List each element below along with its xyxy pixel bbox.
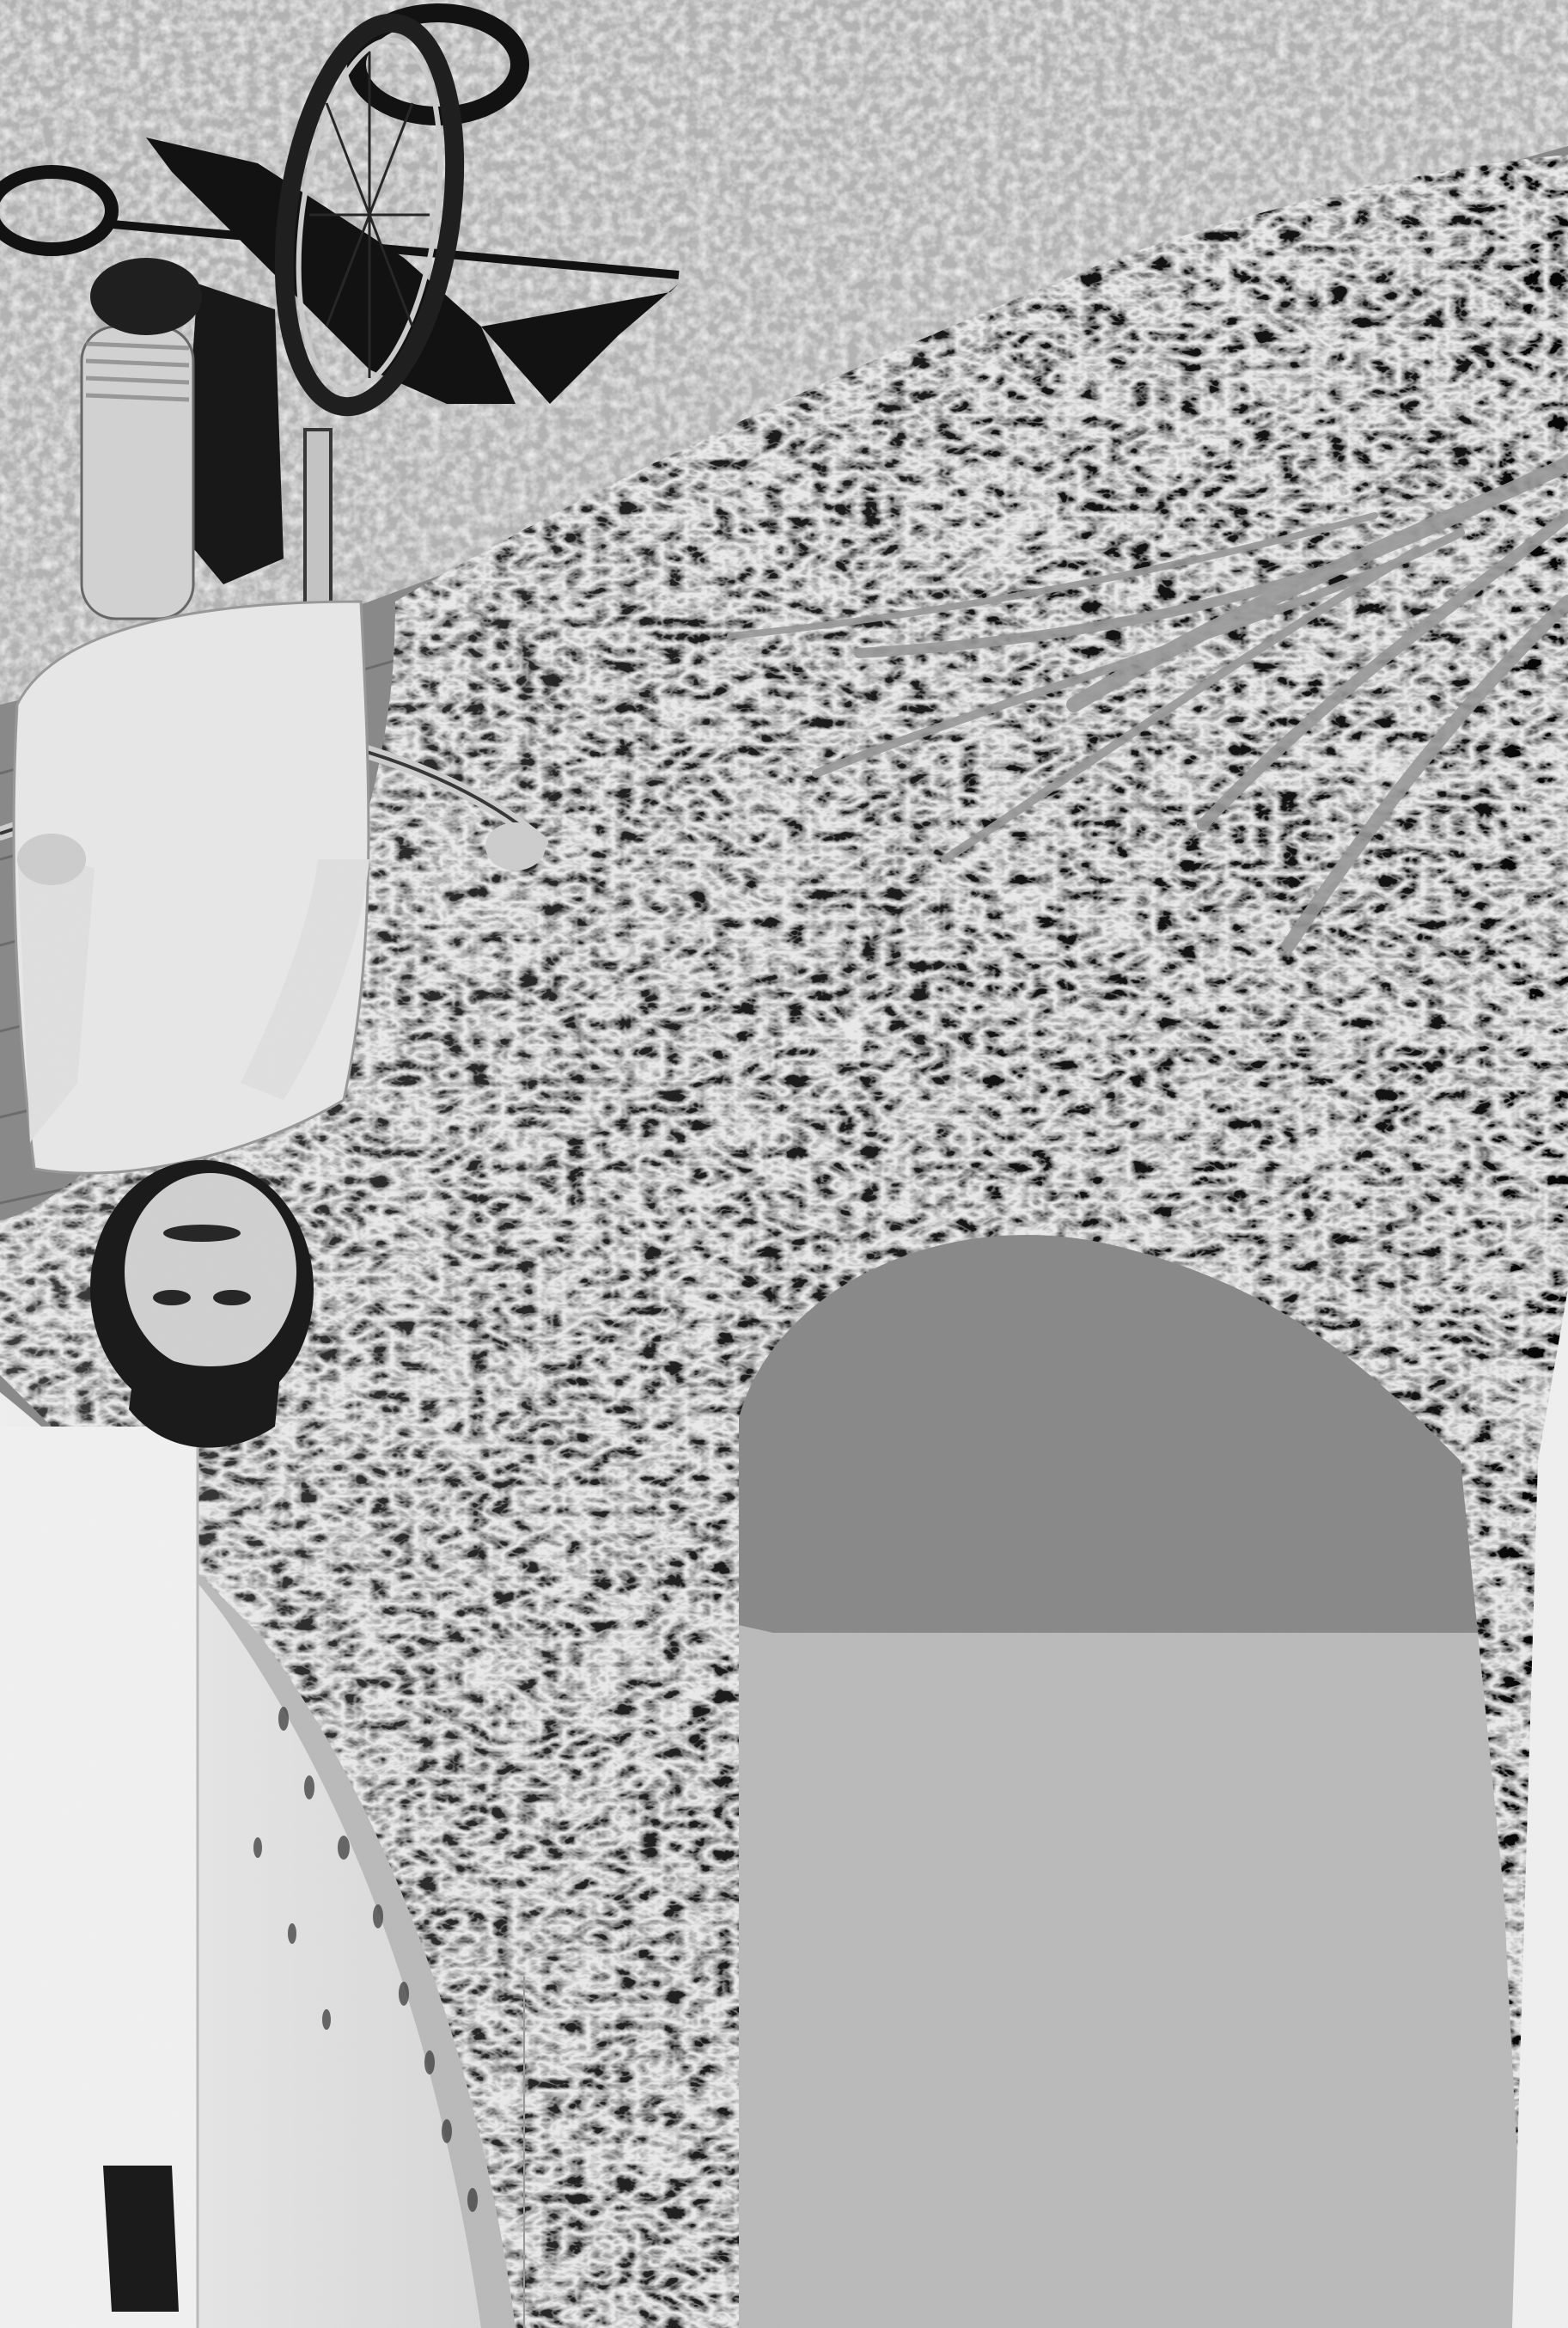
- photograph: Child on a tricycle beside a vine-covere…: [0, 0, 1568, 2328]
- photo-scene: [0, 0, 1568, 2328]
- film-grain: [0, 0, 1568, 2328]
